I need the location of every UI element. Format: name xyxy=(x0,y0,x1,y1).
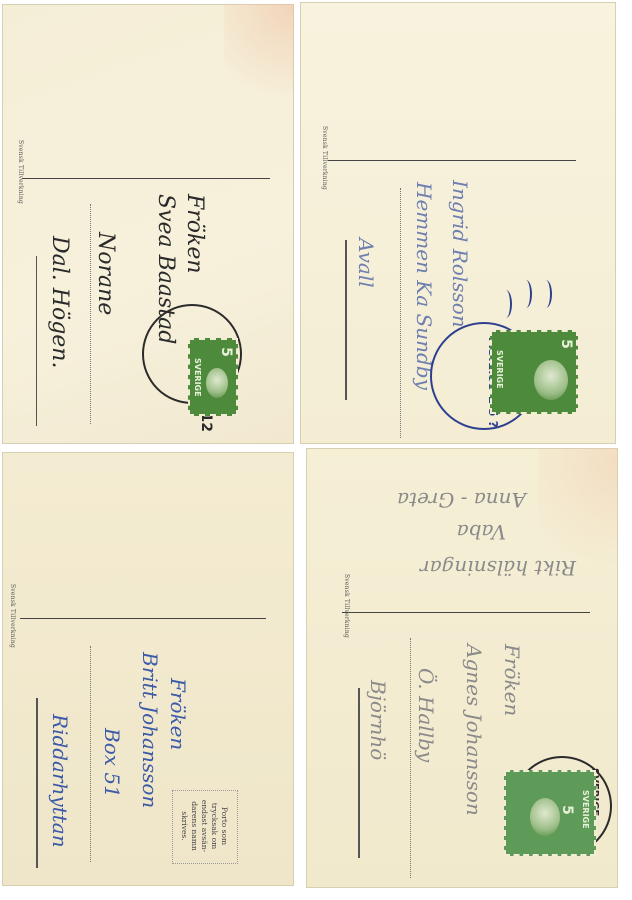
message-line-3: Vaba xyxy=(457,520,506,544)
cancel-wave xyxy=(500,290,512,318)
address-line-1: Fröken xyxy=(182,194,207,274)
stamp-country: SVERIGE xyxy=(495,350,504,389)
address-line-1: Fröken xyxy=(166,678,190,750)
cancel-wave xyxy=(540,280,552,308)
porto-line: skrives. xyxy=(179,795,189,857)
address-line-3: Norane xyxy=(93,232,118,315)
divider-line xyxy=(342,612,590,613)
stamp-value: 5 xyxy=(218,347,234,357)
divider-line xyxy=(328,160,576,161)
address-line-3: Avall xyxy=(354,238,378,288)
postcard-bottom-left: Svensk Tillverkning Fröken Britt Johanss… xyxy=(2,452,294,886)
cancel-wave xyxy=(520,280,532,308)
postcard-bottom-right: Svensk Tillverkning Rikt hälsningar Anna… xyxy=(306,448,618,888)
stamp: 5 SVERIGE xyxy=(188,338,238,416)
stamp-portrait-icon xyxy=(534,360,568,400)
stamp-value: 5 xyxy=(559,805,575,815)
stamp-country: SVERIGE xyxy=(581,790,590,829)
address-line xyxy=(410,638,411,878)
porto-line: darens namn xyxy=(189,795,199,857)
maker-label: Svensk Tillverkning xyxy=(17,140,24,204)
stamp-portrait-icon xyxy=(530,798,560,836)
address-line xyxy=(90,204,91,424)
stamp: 5 SVERIGE xyxy=(504,770,596,856)
address-line-2: Agnes Johansson xyxy=(462,644,486,816)
address-line-4: Riddarhyttan xyxy=(48,714,72,848)
address-line xyxy=(36,256,37,426)
address-line-3: Box 51 xyxy=(100,728,124,798)
maker-label: Svensk Tillverkning xyxy=(321,126,328,190)
stamp-value: 5 xyxy=(558,339,574,349)
address-line xyxy=(90,646,91,862)
address-line-2: Britt Johansson xyxy=(138,652,162,808)
address-line xyxy=(345,240,347,400)
address-line-4: Björnhö xyxy=(366,680,390,760)
maker-label: Svensk Tillverkning xyxy=(9,584,16,648)
message-line-1: Rikt hälsningar xyxy=(420,556,576,580)
stamp: 5 SVERIGE xyxy=(490,330,578,414)
porto-line: trycksak om xyxy=(209,795,219,857)
stamp-country: SVERIGE xyxy=(193,358,202,397)
address-line xyxy=(358,688,360,858)
address-line-1: Ingrid Rolsson xyxy=(448,180,472,328)
porto-text: Porto som trycksak om endast avsän- dare… xyxy=(179,795,229,857)
message-line-2: Anna - Greta xyxy=(397,488,526,512)
address-line-3: Ö. Hallby xyxy=(414,668,438,762)
address-line-1: Fröken xyxy=(500,644,524,716)
postcard-top-right: Svensk Tillverkning Ingrid Rolsson Hemme… xyxy=(300,2,616,444)
address-line-4: Dal. Högen. xyxy=(47,236,72,368)
address-line xyxy=(400,188,401,438)
porto-line: Porto som xyxy=(219,795,229,857)
maker-label: Svensk Tillverkning xyxy=(343,574,350,638)
address-line xyxy=(36,698,38,868)
divider-line xyxy=(22,178,270,179)
divider-line xyxy=(20,618,266,619)
stamp-portrait-icon xyxy=(206,368,228,398)
porto-line: endast avsän- xyxy=(199,795,209,857)
postcard-top-left: Svensk Tillverkning Fröken Svea Baastad … xyxy=(2,4,294,444)
porto-box: Porto som trycksak om endast avsän- dare… xyxy=(172,790,238,864)
